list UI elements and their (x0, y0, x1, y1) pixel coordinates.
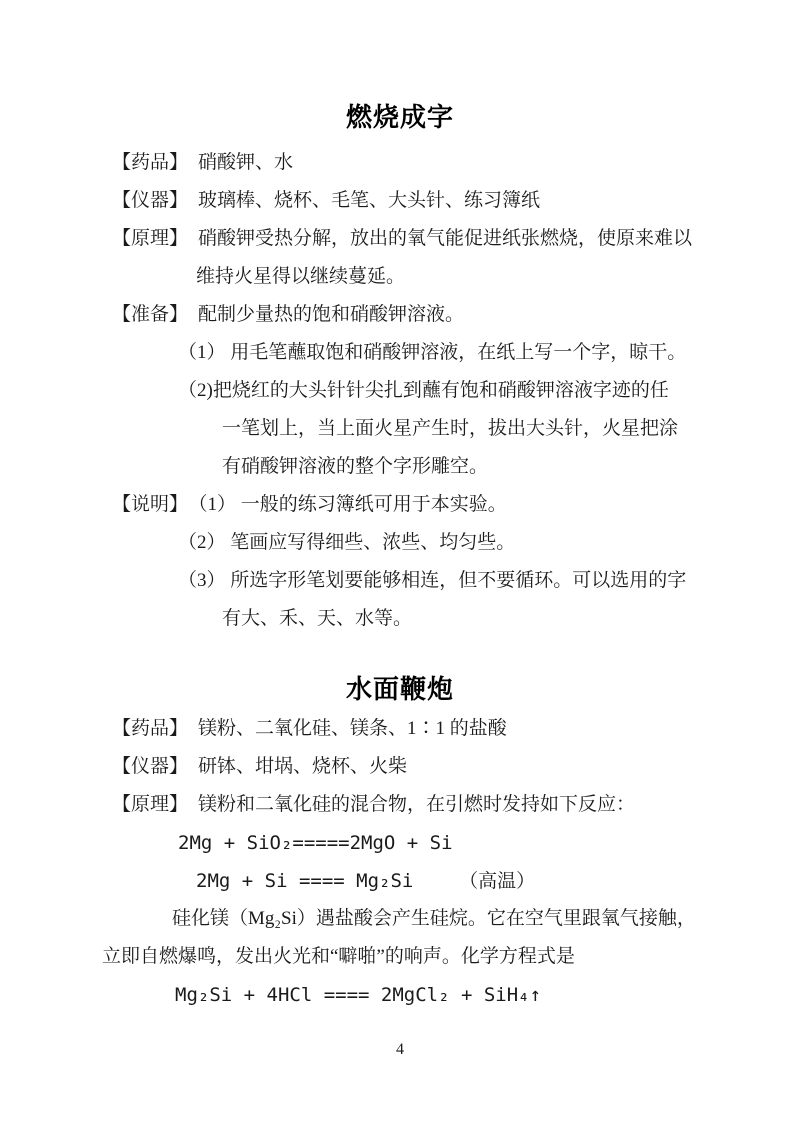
field-text: 一笔划上，当上面火星产生时，拔出大头针，火星把涂 (222, 418, 678, 439)
field-text: 维持火星得以继续蔓延。 (196, 266, 405, 287)
field-text: 玻璃棒、烧杯、毛笔、大头针、练习簿纸 (198, 190, 540, 211)
s2-principle-line: 【原理】镁粉和二氧化硅的混合物，在引燃时发持如下反应： (112, 786, 800, 824)
s1-prep-step-2-line-1: （2)把烧红的大头针针尖扎到蘸有饱和硝酸钾溶液字迹的任 (178, 372, 800, 410)
field-text: （1） 用毛笔蘸取饱和硝酸钾溶液，在纸上写一个字，晾干。 (178, 342, 686, 363)
field-label: 【药品】 (112, 718, 188, 739)
s2-paragraph-line-1: 硅化镁（Mg₂Si）遇盐酸会产生硅烷。它在空气里跟氧气接触， (172, 900, 800, 938)
section2-title: 水面鞭炮 (0, 672, 800, 706)
s1-prep-step-1: （1） 用毛笔蘸取饱和硝酸钾溶液，在纸上写一个字，晾干。 (178, 334, 800, 372)
s2-apparatus-line: 【仪器】研钵、坩埚、烧杯、火柴 (112, 748, 800, 786)
s1-prep-step-2-line-2: 一笔划上，当上面火星产生时，拔出大头针，火星把涂 (222, 410, 800, 448)
field-text: 研钵、坩埚、烧杯、火柴 (198, 756, 407, 777)
page-number: 4 (0, 1040, 800, 1060)
field-text: （1） 一般的练习簿纸可用于本实验。 (198, 494, 507, 515)
s1-prep-step-2-line-3: 有硝酸钾溶液的整个字形雕空。 (222, 448, 800, 486)
s1-drug-line: 【药品】硝酸钾、水 (112, 144, 800, 182)
field-text: 有硝酸钾溶液的整个字形雕空。 (222, 456, 488, 477)
s1-notes-line-2: （2） 笔画应写得细些、浓些、均匀些。 (178, 524, 800, 562)
field-label: 【原理】 (112, 794, 188, 815)
section1-title: 燃烧成字 (0, 100, 800, 134)
field-text: 有大、禾、天、水等。 (222, 608, 412, 629)
field-text: 硝酸钾受热分解，放出的氧气能促进纸张燃烧，使原来难以 (198, 228, 692, 249)
s1-notes-line-3b: 有大、禾、天、水等。 (222, 600, 800, 638)
field-text: 硝酸钾、水 (198, 152, 293, 173)
s1-principle-line-1: 【原理】硝酸钾受热分解，放出的氧气能促进纸张燃烧，使原来难以 (112, 220, 800, 258)
field-text: （2） 笔画应写得细些、浓些、均匀些。 (178, 532, 515, 553)
field-label: 【仪器】 (112, 756, 188, 777)
field-label: 【药品】 (112, 152, 188, 173)
s2-equation-3: Mg₂Si + 4HCl ==== 2MgCl₂ + SiH₄↑ (175, 976, 800, 1014)
s1-apparatus-line: 【仪器】玻璃棒、烧杯、毛笔、大头针、练习簿纸 (112, 182, 800, 220)
field-label: 【准备】 (112, 304, 188, 325)
field-text: （3） 所选字形笔划要能够相连，但不要循环。可以选用的字 (178, 570, 686, 591)
equation-text: Mg₂Si + 4HCl ==== 2MgCl₂ + SiH₄↑ (175, 984, 541, 1006)
field-label: 【原理】 (112, 228, 188, 249)
s2-drug-line: 【药品】镁粉、二氧化硅、镁条、1∶1 的盐酸 (112, 710, 800, 748)
equation-text: 2Mg + SiO₂=====2MgO + Si (178, 832, 453, 854)
field-text: 配制少量热的饱和硝酸钾溶液。 (198, 304, 464, 325)
field-text: （2)把烧红的大头针针尖扎到蘸有饱和硝酸钾溶液字迹的任 (178, 380, 669, 401)
field-label: 【说明】 (112, 494, 188, 515)
s2-equation-1: 2Mg + SiO₂=====2MgO + Si (178, 824, 800, 862)
s1-principle-line-2: 维持火星得以继续蔓延。 (196, 258, 800, 296)
s1-notes-line-3a: （3） 所选字形笔划要能够相连，但不要循环。可以选用的字 (178, 562, 800, 600)
field-text: 镁粉和二氧化硅的混合物，在引燃时发持如下反应： (198, 794, 635, 815)
s1-notes-line-1: 【说明】（1） 一般的练习簿纸可用于本实验。 (112, 486, 800, 524)
field-text: 镁粉、二氧化硅、镁条、1∶1 的盐酸 (198, 718, 507, 739)
s1-prep-line: 【准备】配制少量热的饱和硝酸钾溶液。 (112, 296, 800, 334)
field-label: 【仪器】 (112, 190, 188, 211)
s2-equation-2: 2Mg + Si ==== Mg₂Si （高温） (196, 862, 800, 900)
s2-paragraph-line-2: 立即自燃爆鸣，发出火光和“噼啪”的响声。化学方程式是 (102, 938, 800, 976)
document-page: 燃烧成字 【药品】硝酸钾、水 【仪器】玻璃棒、烧杯、毛笔、大头针、练习簿纸 【原… (0, 0, 800, 1131)
field-text: 立即自燃爆鸣，发出火光和“噼啪”的响声。化学方程式是 (102, 946, 575, 967)
equation-text: 2Mg + Si ==== Mg₂Si （高温） (196, 870, 535, 892)
field-text: 硅化镁（Mg₂Si）遇盐酸会产生硅烷。它在空气里跟氧气接触， (172, 908, 696, 929)
